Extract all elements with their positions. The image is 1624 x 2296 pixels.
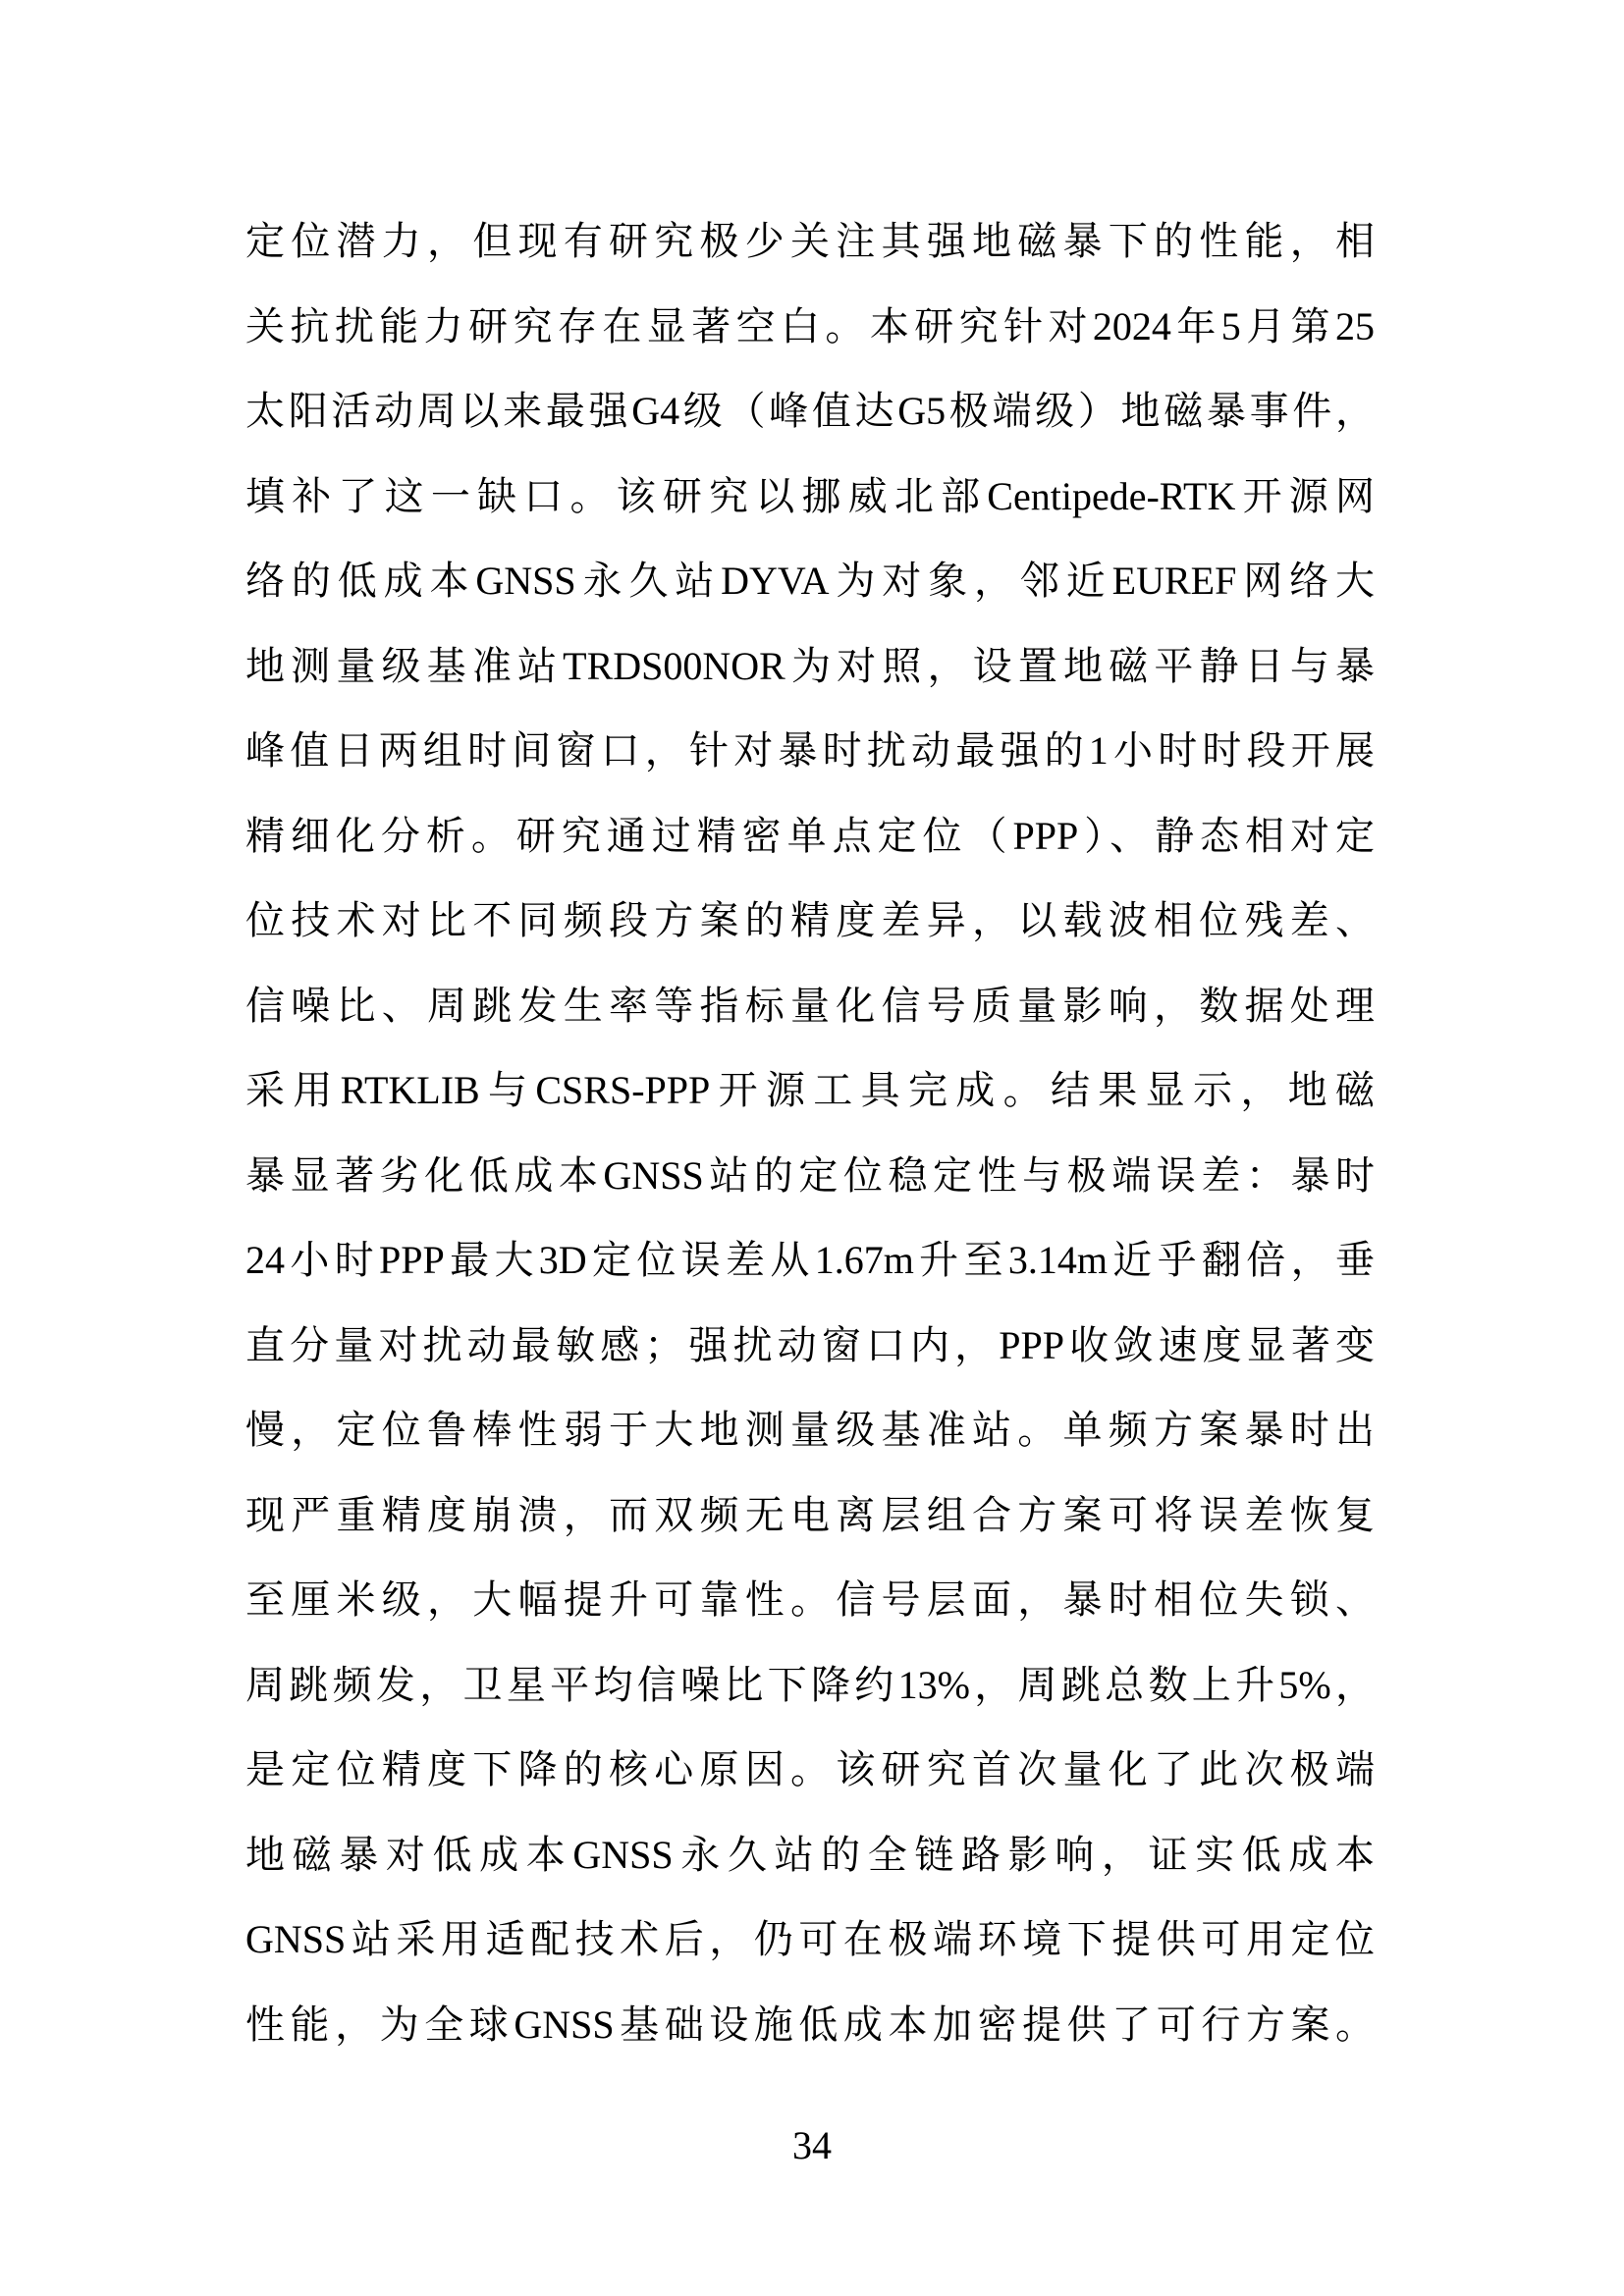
text-line: 络的低成本GNSS永久站DYVA为对象，邻近EUREF网络大 (245, 539, 1375, 624)
text-line: 现严重精度崩溃，而双频无电离层组合方案可将误差恢复 (245, 1473, 1375, 1559)
text-line: 是定位精度下降的核心原因。该研究首次量化了此次极端 (245, 1728, 1375, 1813)
text-line: 位技术对比不同频段方案的精度差异，以载波相位残差、 (245, 879, 1375, 964)
text-line: 至厘米级，大幅提升可靠性。信号层面，暴时相位失锁、 (245, 1558, 1375, 1643)
text-block: 定位潜力，但现有研究极少关注其强地磁暴下的性能，相关抗扰能力研究存在显著空白。本… (245, 199, 1375, 2067)
text-line: 太阳活动周以来最强G4级（峰值达G5极端级）地磁暴事件， (245, 369, 1375, 454)
text-line: 精细化分析。研究通过精密单点定位（PPP）、静态相对定 (245, 794, 1375, 880)
text-line: 信噪比、周跳发生率等指标量化信号质量影响，数据处理 (245, 964, 1375, 1049)
text-line: 周跳频发，卫星平均信噪比下降约13%，周跳总数上升5%， (245, 1643, 1375, 1729)
text-line: 地磁暴对低成本GNSS永久站的全链路影响，证实低成本 (245, 1813, 1375, 1898)
document-page: 定位潜力，但现有研究极少关注其强地磁暴下的性能，相关抗扰能力研究存在显著空白。本… (0, 0, 1624, 2296)
text-line: 地测量级基准站TRDS00NOR为对照，设置地磁平静日与暴 (245, 624, 1375, 710)
text-line: 直分量对扰动最敏感；强扰动窗口内，PPP收敛速度显著变 (245, 1304, 1375, 1389)
text-line: 填补了这一缺口。该研究以挪威北部Centipede-RTK开源网 (245, 454, 1375, 540)
text-line: 采用RTKLIB与CSRS-PPP开源工具完成。结果显示，地磁 (245, 1048, 1375, 1134)
text-line: 定位潜力，但现有研究极少关注其强地磁暴下的性能，相 (245, 199, 1375, 285)
text-line: 关抗扰能力研究存在显著空白。本研究针对2024年5月第25 (245, 285, 1375, 370)
page-footer: 34 (0, 2122, 1624, 2169)
text-line: 暴显著劣化低成本GNSS站的定位稳定性与极端误差：暴时 (245, 1134, 1375, 1219)
text-line: 慢，定位鲁棒性弱于大地测量级基准站。单频方案暴时出 (245, 1388, 1375, 1473)
text-line: 性能，为全球GNSS基础设施低成本加密提供了可行方案。 (245, 1983, 1375, 2068)
page-number: 34 (792, 2123, 832, 2167)
text-line: GNSS站采用适配技术后，仍可在极端环境下提供可用定位 (245, 1897, 1375, 1983)
text-line: 24小时PPP最大3D定位误差从1.67m升至3.14m近乎翻倍，垂 (245, 1218, 1375, 1304)
text-line: 峰值日两组时间窗口，针对暴时扰动最强的1小时时段开展 (245, 709, 1375, 794)
